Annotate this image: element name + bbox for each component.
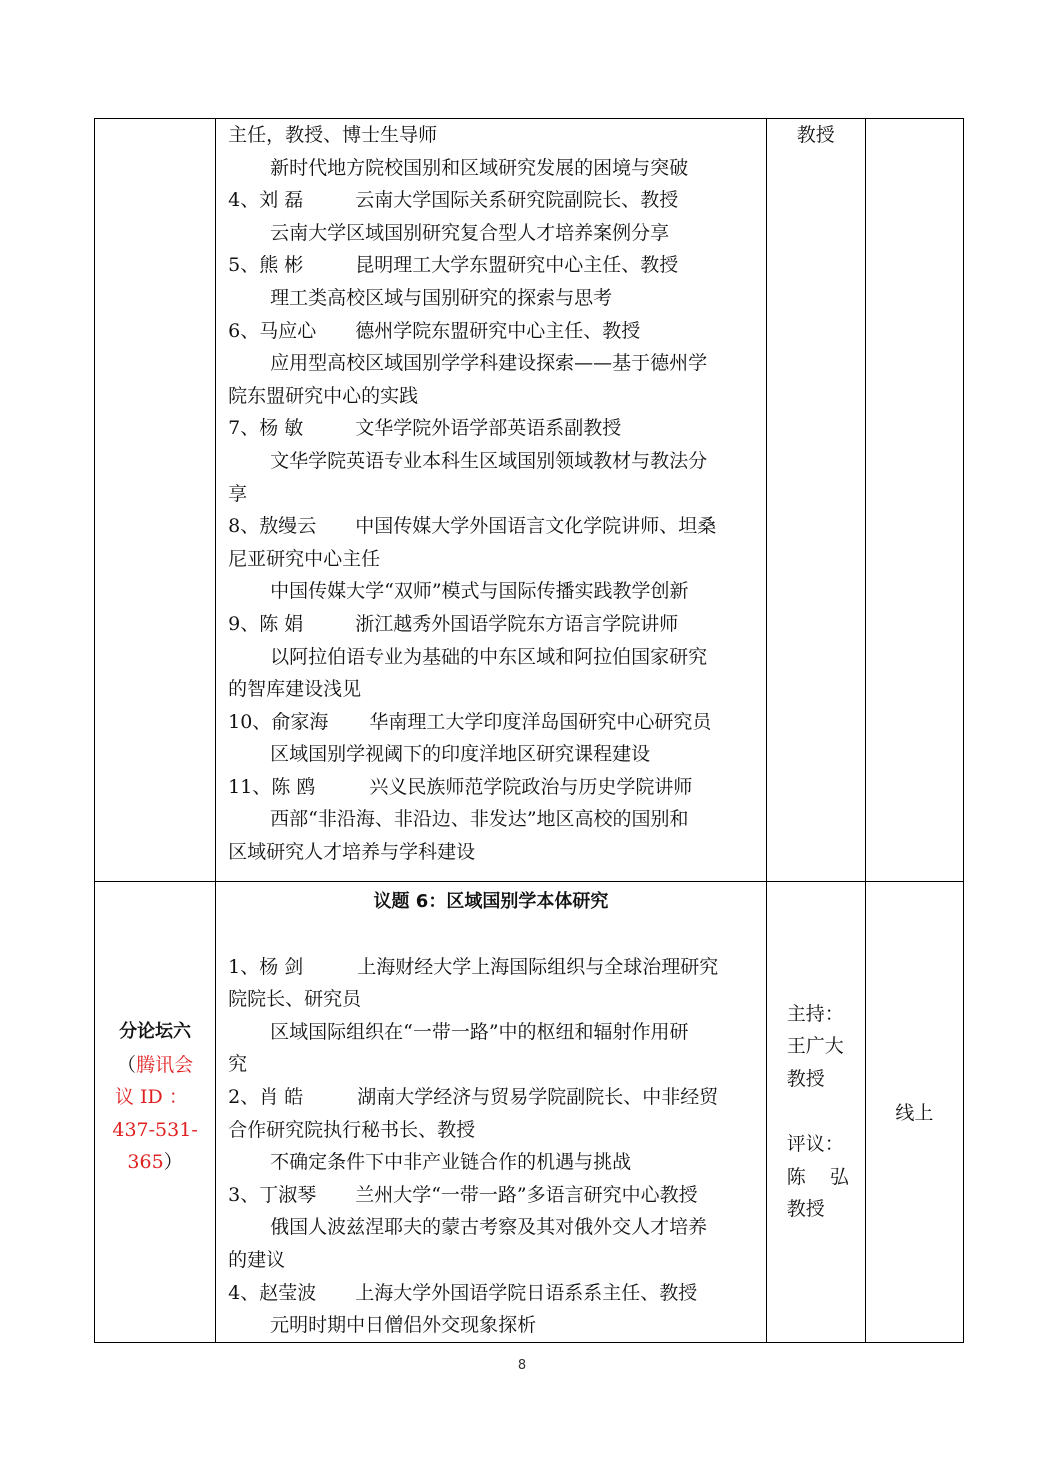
page-number: 8 [0,1358,1044,1373]
speaker-name: 熊 彬 [259,249,355,282]
speaker-affiliation: 浙江越秀外国语学院东方语言学院讲师 [355,613,678,635]
text-line: 主任，教授、博士生导师 [216,119,766,152]
speakers-cell: 议题 6：区域国别学本体研究 1、杨 剑上海财经大学上海国际组织与全球治理研究 … [216,882,767,1343]
topic-heading: 议题 6：区域国别学本体研究 [216,882,766,918]
speaker-name: 赵莹波 [259,1277,355,1310]
talk-title: 不确定条件下中非产业链合作的机遇与挑战 [216,1146,766,1179]
moderator-title: 教授 [767,119,865,152]
speaker-line: 4、赵莹波上海大学外国语学院日语系系主任、教授 [216,1277,766,1310]
talk-title: 中国传媒大学“双师”模式与国际传播实践教学创新 [216,575,766,608]
talk-title: 新时代地方院校国别和区域研究发展的困境与突破 [216,152,766,185]
speaker-affiliation: 中国传媒大学外国语言文化学院讲师、坦桑 [355,515,716,537]
affiliation-cont: 院院长、研究员 [216,983,766,1016]
speaker-line: 4、刘 磊云南大学国际关系研究院副院长、教授 [216,184,766,217]
speaker-affiliation: 兰州大学“一带一路”多语言研究中心教授 [355,1184,697,1206]
speaker-line: 10、俞家海华南理工大学印度洋岛国研究中心研究员 [216,706,766,739]
talk-title-cont: 究 [216,1048,766,1081]
speaker-affiliation: 文华学院外语学部英语系副教授 [355,417,621,439]
speaker-number: 11、 [228,776,271,798]
speaker-number: 7、 [228,417,259,439]
speaker-name: 丁淑琴 [259,1179,355,1212]
speaker-number: 8、 [228,515,259,537]
talk-title: 区域国际组织在“一带一路”中的枢纽和辐射作用研 [216,1016,766,1049]
speaker-line: 6、马应心德州学院东盟研究中心主任、教授 [216,315,766,348]
speaker-name: 杨 剑 [259,951,357,984]
moderator-cell: 主持： 王广大 教授 评议： 陈 弘 教授 [766,882,865,1343]
speaker-name: 陈 娟 [259,608,355,641]
moderator-cell: 教授 [766,119,865,882]
speaker-name: 杨 敏 [259,412,355,445]
speaker-number: 1、 [228,956,259,978]
meeting-id-line-1: （腾讯会 [95,1049,215,1082]
format-cell: 线上 [865,882,963,1343]
affiliation-cont: 合作研究院执行秘书长、教授 [216,1114,766,1147]
talk-title: 俄国人波兹涅耶夫的蒙古考察及其对俄外交人才培养 [216,1211,766,1244]
talk-title: 文华学院英语专业本科生区域国别领域教材与教法分 [216,445,766,478]
format-cell-empty [865,119,963,882]
speaker-number: 6、 [228,320,259,342]
meeting-id-line-2: 议 ID ： [95,1081,215,1114]
forum-cell: 分论坛六 （腾讯会 议 ID ： 437-531- 365） [95,882,216,1343]
speaker-name: 陈 鸥 [271,771,369,804]
text-line: 尼亚研究中心主任 [216,543,766,576]
table-row-forum-6: 分论坛六 （腾讯会 议 ID ： 437-531- 365） 议题 6：区域国别… [95,882,964,1343]
speaker-line: 3、丁淑琴兰州大学“一带一路”多语言研究中心教授 [216,1179,766,1212]
meeting-id-line-4: 365） [95,1146,215,1179]
speaker-affiliation: 华南理工大学印度洋岛国研究中心研究员 [369,711,711,733]
speaker-name: 俞家海 [271,706,369,739]
talk-title: 应用型高校区域国别学学科建设探索——基于德州学 [216,347,766,380]
paren-open: （ [117,1054,136,1076]
speaker-affiliation: 德州学院东盟研究中心主任、教授 [355,320,640,342]
speaker-number: 4、 [228,189,259,211]
text-line: 享 [216,478,766,511]
speaker-name: 敖缦云 [259,510,355,543]
table-row-continued: 主任，教授、博士生导师 新时代地方院校国别和区域研究发展的困境与突破 4、刘 磊… [95,119,964,882]
speaker-line: 5、熊 彬昆明理工大学东盟研究中心主任、教授 [216,249,766,282]
speaker-affiliation: 上海财经大学上海国际组织与全球治理研究 [357,956,718,978]
speaker-line: 8、敖缦云中国传媒大学外国语言文化学院讲师、坦桑 [216,510,766,543]
speaker-affiliation: 上海大学外国语学院日语系系主任、教授 [355,1282,697,1304]
meeting-label: 腾讯会 [136,1054,193,1076]
speaker-number: 10、 [228,711,271,733]
host-name: 王广大 [787,1030,865,1063]
text-line: 院东盟研究中心的实践 [216,380,766,413]
speaker-number: 2、 [228,1086,259,1108]
talk-title: 云南大学区域国别研究复合型人才培养案例分享 [216,217,766,250]
meeting-id-line-3: 437-531- [95,1114,215,1147]
paren-close: ） [164,1151,183,1173]
format-online: 线上 [895,1102,933,1124]
speaker-number: 3、 [228,1184,259,1206]
speaker-number: 5、 [228,254,259,276]
speaker-name: 肖 皓 [259,1081,357,1114]
speaker-line: 1、杨 剑上海财经大学上海国际组织与全球治理研究 [216,951,766,984]
meeting-id-tail: 365 [127,1151,163,1173]
text-line: 区域研究人才培养与学科建设 [216,836,766,869]
speaker-line: 7、杨 敏文华学院外语学部英语系副教授 [216,412,766,445]
host-title: 教授 [787,1063,865,1096]
schedule-table: 主任，教授、博士生导师 新时代地方院校国别和区域研究发展的困境与突破 4、刘 磊… [94,118,964,1343]
speaker-affiliation: 昆明理工大学东盟研究中心主任、教授 [355,254,678,276]
speaker-affiliation: 湖南大学经济与贸易学院副院长、中非经贸 [357,1086,718,1108]
speaker-number: 4、 [228,1282,259,1304]
talk-title: 以阿拉伯语专业为基础的中东区域和阿拉伯国家研究 [216,641,766,674]
speaker-name: 刘 磊 [259,184,355,217]
speaker-affiliation: 兴义民族师范学院政治与历史学院讲师 [369,776,692,798]
talk-title: 西部“非沿海、非沿边、非发达”地区高校的国别和 [216,803,766,836]
reviewer-title: 教授 [787,1193,865,1226]
speaker-name: 马应心 [259,315,355,348]
speaker-number: 9、 [228,613,259,635]
speaker-line: 9、陈 娟浙江越秀外国语学院东方语言学院讲师 [216,608,766,641]
text-line: 的智库建设浅见 [216,673,766,706]
speaker-line: 11、陈 鸥兴义民族师范学院政治与历史学院讲师 [216,771,766,804]
talk-title: 区域国别学视阈下的印度洋地区研究课程建设 [216,738,766,771]
forum-title: 分论坛六 [95,1016,215,1049]
forum-cell-empty [95,119,216,882]
talk-title-cont: 的建议 [216,1244,766,1277]
reviewer-label: 评议： [787,1128,865,1161]
host-label: 主持： [787,998,865,1031]
speaker-line: 2、肖 皓湖南大学经济与贸易学院副院长、中非经贸 [216,1081,766,1114]
talk-title: 元明时期中日僧侣外交现象探析 [216,1309,766,1342]
talk-title: 理工类高校区域与国别研究的探索与思考 [216,282,766,315]
reviewer-name: 陈 弘 [787,1161,865,1194]
speaker-affiliation: 云南大学国际关系研究院副院长、教授 [355,189,678,211]
speakers-cell: 主任，教授、博士生导师 新时代地方院校国别和区域研究发展的困境与突破 4、刘 磊… [216,119,767,882]
